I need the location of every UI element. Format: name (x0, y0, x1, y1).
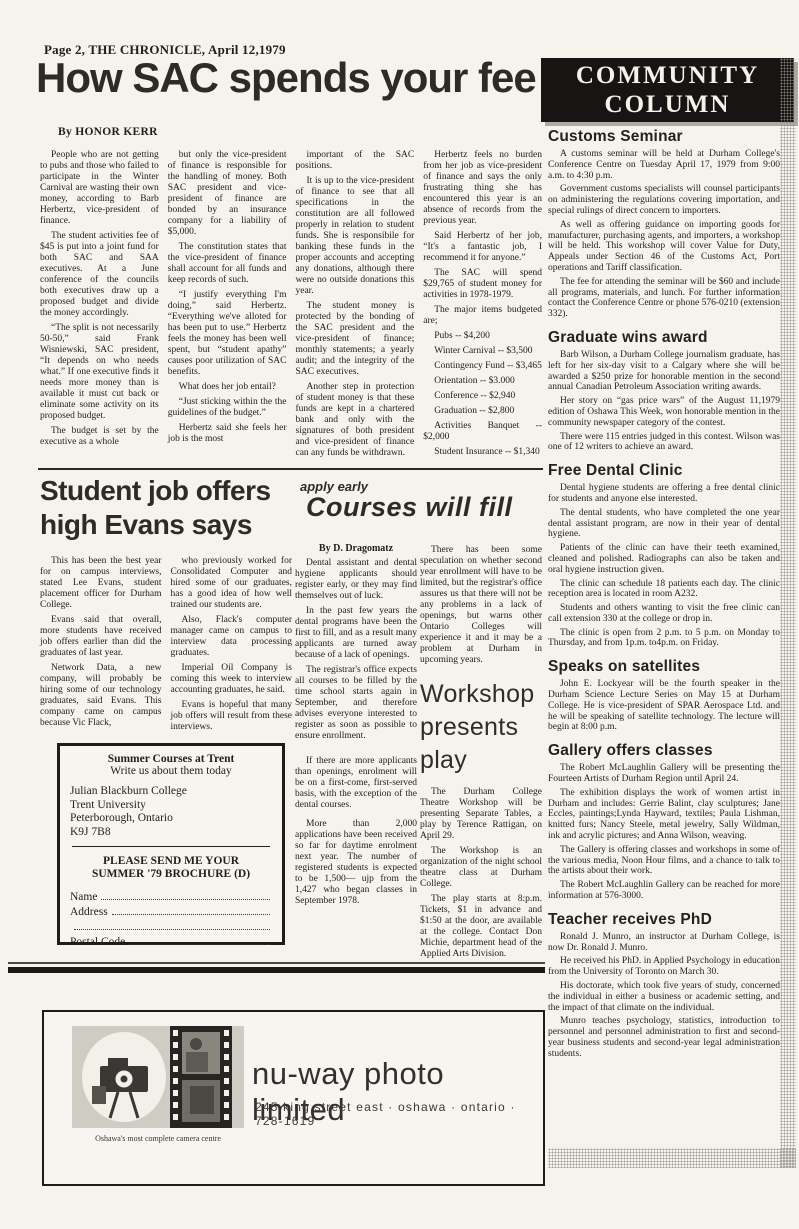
paragraph: Patients of the clinic can have their te… (548, 543, 780, 575)
paragraph: Said Herbertz of her job, “It's a fantas… (423, 231, 542, 264)
paragraph: Network Data, a new company, will probab… (40, 663, 162, 729)
workshop-article-body: The Durham College Theatre Workshop will… (420, 787, 542, 960)
paragraph: Conference -- $2,940 (423, 391, 542, 402)
paragraph: What does her job entail? (168, 382, 287, 393)
paragraph: This has been the best year for on campu… (40, 556, 162, 611)
paragraph: A customs seminar will be held at Durham… (548, 149, 780, 181)
form-row-postal-code: Postal Code (70, 935, 272, 948)
paragraph: Herbertz said she feels her job is the m… (168, 423, 287, 445)
camera-illustration (72, 1026, 244, 1128)
paragraph: Ronald J. Munro, an instructor at Durham… (548, 932, 780, 954)
paragraph: The dental students, who have completed … (548, 508, 780, 540)
paragraph: but only the vice-president of finance i… (168, 150, 287, 238)
paragraph: As well as offering guidance on importin… (548, 220, 780, 274)
scan-edge-texture (548, 1148, 796, 1168)
article-column: but only the vice-president of finance i… (168, 150, 287, 472)
trent-ad-address: Julian Blackburn College Trent Universit… (70, 785, 272, 839)
paragraph: Another step in protection of student mo… (296, 382, 415, 459)
article-column: Herbertz feels no burden from her job as… (423, 150, 542, 472)
paragraph: The exhibition displays the work of wome… (548, 788, 780, 842)
trent-ad-title: Summer Courses at Trent (70, 753, 272, 765)
ad-caption: Oshawa's most complete camera centre (62, 1134, 254, 1143)
paragraph: Herbertz feels no burden from her job as… (423, 150, 542, 227)
horizontal-rule (38, 468, 543, 470)
community-section-teacher-receives-phd: Teacher receives PhD Ronald J. Munro, an… (548, 911, 780, 1060)
paragraph: important of the SAC positions. (296, 150, 415, 172)
section-heading: Speaks on satellites (548, 658, 780, 676)
paragraph: The SAC will spend $29,765 of student mo… (423, 268, 542, 301)
dotted-line (74, 928, 270, 930)
section-heading: Graduate wins award (548, 329, 780, 347)
community-section-gallery-offers-classes: Gallery offers classes The Robert McLaug… (548, 742, 780, 902)
paragraph: Her story on “gas price wars” of the Aug… (548, 396, 780, 428)
scan-edge-texture (780, 58, 796, 1168)
paragraph: “The split is not necessarily 50-50,” sa… (40, 323, 159, 422)
trent-coupon-ad: Summer Courses at Trent Write us about t… (57, 743, 285, 945)
paragraph: The play starts at 8:p.m. Tickets, $1 in… (420, 894, 542, 960)
main-article-columns: People who are not getting to pubs and t… (40, 150, 542, 472)
paragraph: In the past few years the dental program… (295, 606, 417, 661)
paragraph: The budget is set by the executive as a … (40, 426, 159, 448)
paragraph: The Gallery is offering classes and work… (548, 845, 780, 877)
courses-column-1: Dental assistant and dental hygiene appl… (295, 558, 417, 911)
article-column: This has been the best year for on campu… (40, 556, 162, 737)
evans-article-columns: This has been the best year for on campu… (40, 556, 292, 737)
horizontal-rule-heavy (8, 967, 545, 973)
courses-byline: By D. Dragomatz (295, 543, 417, 554)
paragraph: who previously worked for Consolidated C… (171, 556, 293, 611)
article-column: who previously worked for Consolidated C… (171, 556, 293, 737)
paragraph: Students and others wanting to visit the… (548, 603, 780, 625)
paragraph: There were 115 entries judged in this co… (548, 432, 780, 454)
community-column-body: Customs Seminar A customs seminar will b… (548, 128, 780, 1163)
courses-column-2: There has been some speculation on wheth… (420, 545, 542, 964)
community-section-free-dental-clinic: Free Dental Clinic Dental hygiene studen… (548, 462, 780, 649)
section-heading: Free Dental Clinic (548, 462, 780, 480)
section-heading: Customs Seminar (548, 128, 780, 146)
main-byline: By HONOR KERR (58, 126, 158, 138)
divider (72, 846, 270, 847)
paragraph: Graduation -- $2,800 (423, 406, 542, 417)
paragraph: He received his PhD. in Applied Psycholo… (548, 956, 780, 978)
paragraph: The clinic is open from 2 p.m. to 5 p.m.… (548, 628, 780, 650)
paragraph: It is up to the vice-president of financ… (296, 176, 415, 297)
trent-ad-cta: PLEASE SEND ME YOUR SUMMER '79 BROCHURE … (70, 855, 272, 881)
dotted-line (112, 913, 270, 915)
paragraph: The Robert McLaughlin Gallery can be rea… (548, 880, 780, 902)
form-row-name: Name (70, 890, 272, 903)
paragraph: Pubs -- $4,200 (423, 331, 542, 342)
paragraph: “Just sticking within the the guidelines… (168, 397, 287, 419)
community-section-customs-seminar: Customs Seminar A customs seminar will b… (548, 128, 780, 320)
form-row-address-2 (70, 920, 272, 933)
newspaper-page: Page 2, THE CHRONICLE, April 12,1979 How… (0, 0, 799, 1229)
form-row-address: Address (70, 905, 272, 918)
paragraph: Barb Wilson, a Durham College journalism… (548, 350, 780, 393)
paragraph: The student activities fee of $45 is put… (40, 231, 159, 319)
paragraph: The major items budgeted are; (423, 305, 542, 327)
ad-business-address: 245 king street east · oshawa · ontario … (255, 1100, 543, 1128)
paragraph: The clinic can schedule 18 patients each… (548, 579, 780, 601)
paragraph: There has been some speculation on wheth… (420, 545, 542, 666)
paragraph: Also, Flack's computer manager came on c… (171, 615, 293, 659)
paragraph: Dental hygiene students are offering a f… (548, 483, 780, 505)
paragraph: The Robert McLaughlin Gallery will be pr… (548, 763, 780, 785)
paragraph: Dental assistant and dental hygiene appl… (295, 558, 417, 602)
paragraph: The student money is protected by the bo… (296, 301, 415, 378)
paragraph: His doctorate, which took five years of … (548, 981, 780, 1013)
evans-headline: Student job offers high Evans says (40, 474, 271, 542)
paragraph: “I justify everything I'm doing,” said H… (168, 290, 287, 378)
section-heading: Gallery offers classes (548, 742, 780, 760)
paragraph: More than 2,000 applications have been r… (295, 819, 417, 907)
paragraph: Student Insurance -- $1,340 (423, 447, 542, 458)
trent-ad-subtitle: Write us about them today (70, 765, 272, 777)
paragraph: Evans is hopeful that many job offers wi… (171, 700, 293, 733)
nuway-photo-ad: Oshawa's most complete camera centre nu-… (42, 1010, 545, 1186)
paragraph: John E. Lockyear will be the fourth spea… (548, 679, 780, 733)
paragraph: Government customs specialists will coun… (548, 184, 780, 216)
paragraph: The registrar's office expects all cours… (295, 665, 417, 742)
paragraph: Imperial Oil Company is coming this week… (171, 663, 293, 696)
paragraph: Munro teaches psychology, statistics, in… (548, 1016, 780, 1059)
paragraph: If there are more applicants than openin… (295, 756, 417, 811)
paragraph: Winter Carnival -- $3,500 (423, 346, 542, 357)
courses-headline: Courses will fill (306, 492, 513, 523)
paragraph: Evans said that overall, more students h… (40, 615, 162, 659)
paragraph: Orientation -- $3.000 (423, 376, 542, 387)
paragraph: Activities Banquet -- $2,000 (423, 421, 542, 443)
article-column: People who are not getting to pubs and t… (40, 150, 159, 472)
section-heading: Teacher receives PhD (548, 911, 780, 929)
paragraph: The constitution states that the vice-pr… (168, 242, 287, 286)
paragraph: The Durham College Theatre Workshop will… (420, 787, 542, 842)
dotted-line (101, 898, 270, 900)
paragraph: The fee for attending the seminar will b… (548, 277, 780, 320)
community-section-graduate-wins-award: Graduate wins award Barb Wilson, a Durha… (548, 329, 780, 453)
community-column-header: COMMUNITY COLUMN (541, 58, 794, 122)
workshop-headline: Workshop presents play (420, 678, 542, 777)
paragraph: The Workshop is an organization of the n… (420, 846, 542, 890)
main-headline: How SAC spends your fee (36, 54, 536, 102)
paragraph: People who are not getting to pubs and t… (40, 150, 159, 227)
article-column: important of the SAC positions.It is up … (296, 150, 415, 472)
horizontal-rule (8, 962, 545, 964)
dotted-line (129, 943, 270, 945)
community-section-speaks-on-satellites: Speaks on satellites John E. Lockyear wi… (548, 658, 780, 733)
paragraph: Contingency Fund -- $3,465 (423, 361, 542, 372)
trent-ad-form: Name Address Postal Code (70, 890, 272, 948)
